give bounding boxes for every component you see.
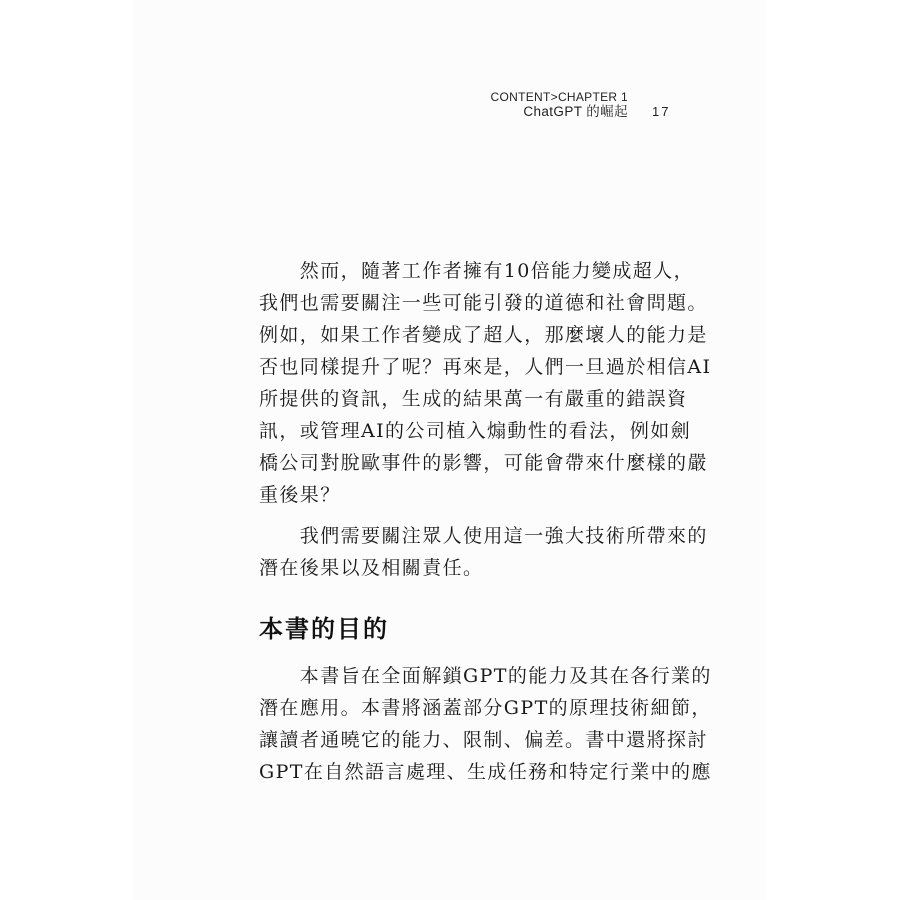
text-line: 例如，如果工作者變成了超人，那麼壞人的能力是 [259,319,671,351]
text-line: 本書旨在全面解鎖GPT的能力及其在各行業的 [259,660,671,692]
running-head: CONTENT>CHAPTER 1 ChatGPT 的崛起 [491,90,628,120]
text-line: 潛在後果以及相關責任。 [259,552,671,584]
text-line: 否也同樣提升了呢？再來是，人們一旦過於相信AI [259,351,671,383]
chapter-title: ChatGPT 的崛起 [491,104,628,120]
paragraph-responsibility: 我們需要關注眾人使用這一強大技術所帶來的 潛在後果以及相關責任。 [259,520,671,584]
text-line: 潛在應用。本書將涵蓋部分GPT的原理技術細節， [259,692,671,724]
text-line: 然而，隨著工作者擁有10倍能力變成超人， [259,255,671,287]
paragraph-purpose: 本書旨在全面解鎖GPT的能力及其在各行業的 潛在應用。本書將涵蓋部分GPT的原理… [259,660,671,788]
section-heading: 本書的目的 [259,612,389,646]
breadcrumb: CONTENT>CHAPTER 1 [491,90,628,104]
page-number: 17 [652,104,670,119]
text-line: 我們需要關注眾人使用這一強大技術所帶來的 [259,520,671,552]
text-line: GPT在自然語言處理、生成任務和特定行業中的應 [259,756,671,788]
text-line: 訊，或管理AI的公司植入煽動性的看法，例如劍 [259,415,671,447]
scan-canvas: CONTENT>CHAPTER 1 ChatGPT 的崛起 17 然而，隨著工作… [0,0,900,900]
text-line: 重後果？ [259,479,671,511]
text-line: 讓讀者通曉它的能力、限制、偏差。書中還將探討 [259,724,671,756]
text-line: 我們也需要關注一些可能引發的道德和社會問題。 [259,287,671,319]
paragraph-ethics: 然而，隨著工作者擁有10倍能力變成超人， 我們也需要關注一些可能引發的道德和社會… [259,255,671,511]
text-line: 橋公司對脫歐事件的影響，可能會帶來什麼樣的嚴 [259,447,671,479]
text-line: 所提供的資訊，生成的結果萬一有嚴重的錯誤資 [259,383,671,415]
